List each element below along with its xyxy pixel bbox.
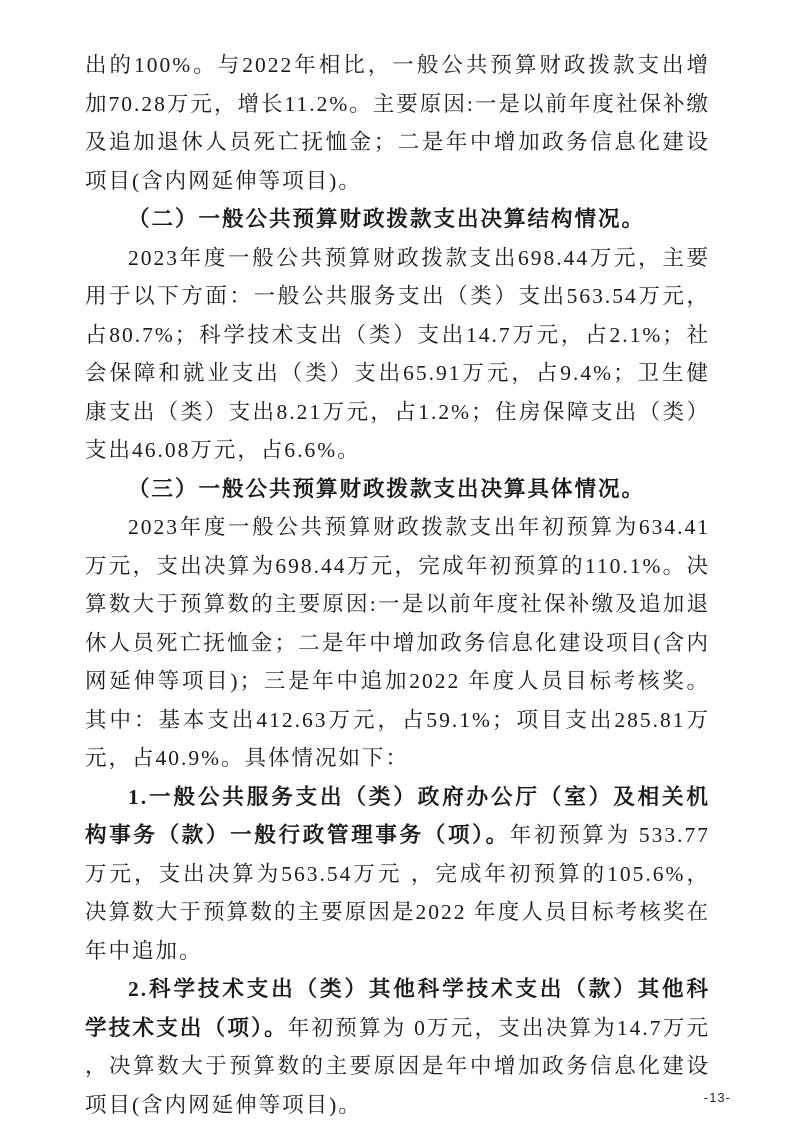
paragraph-continuation: 出的100%。与2022年相比，一般公共预算财政拨款支出增加70.28万元，增长… bbox=[85, 46, 710, 200]
page-number: -13- bbox=[704, 1090, 731, 1106]
list-item-2: 2.科学技术支出（类）其他科学技术支出（款）其他科学技术支出（项）。年初预算为 … bbox=[85, 970, 710, 1122]
document-body: 出的100%。与2022年相比，一般公共预算财政拨款支出增加70.28万元，增长… bbox=[85, 46, 710, 1122]
paragraph-expenditure-detail: 2023年度一般公共预算财政拨款支出年初预算为634.41万元，支出决算为698… bbox=[85, 508, 710, 778]
list-item-1: 1.一般公共服务支出（类）政府办公厅（室）及相关机构事务（款）一般行政管理事务（… bbox=[85, 778, 710, 971]
document-page: 出的100%。与2022年相比，一般公共预算财政拨款支出增加70.28万元，增长… bbox=[0, 0, 793, 1122]
section-heading-3: （三）一般公共预算财政拨款支出决算具体情况。 bbox=[85, 470, 710, 509]
paragraph-expenditure-structure: 2023年度一般公共预算财政拨款支出698.44万元，主要用于以下方面：一般公共… bbox=[85, 239, 710, 470]
section-heading-2: （二）一般公共预算财政拨款支出决算结构情况。 bbox=[85, 200, 710, 239]
